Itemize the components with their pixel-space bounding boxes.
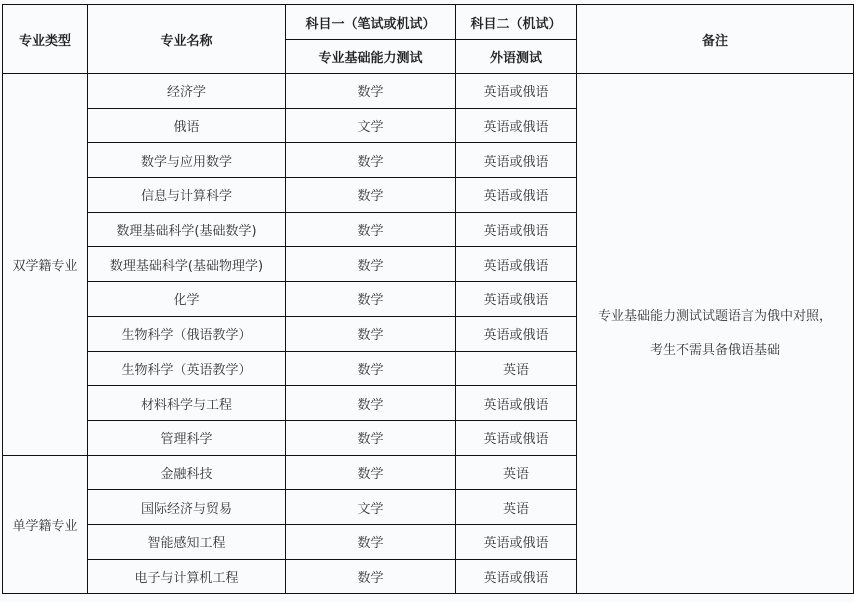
header-subject1-sub: 专业基础能力测试: [286, 40, 456, 74]
major-type-cell: 单学籍专业: [3, 455, 88, 594]
subject1-cell: 数学: [286, 420, 456, 455]
subject1-cell: 数学: [286, 74, 456, 109]
subject1-cell: 数学: [286, 247, 456, 282]
subject1-cell: 数学: [286, 316, 456, 351]
major-name-cell: 化学: [88, 282, 286, 317]
subject2-cell: 英语或俄语: [456, 420, 577, 455]
major-name-cell: 信息与计算科学: [88, 178, 286, 213]
remark-line: 考生不需具备俄语基础: [577, 334, 853, 368]
major-name-cell: 经济学: [88, 74, 286, 109]
subject2-cell: 英语或俄语: [456, 178, 577, 213]
header-subject1: 科目一（笔试或机试）: [286, 5, 456, 40]
subject1-cell: 数学: [286, 524, 456, 559]
major-name-cell: 材料科学与工程: [88, 386, 286, 421]
subject2-cell: 英语或俄语: [456, 524, 577, 559]
header-major-name: 专业名称: [88, 5, 286, 74]
subject2-cell: 英语或俄语: [456, 316, 577, 351]
subject1-cell: 数学: [286, 143, 456, 178]
major-name-cell: 数理基础科学(基础数学): [88, 212, 286, 247]
major-name-cell: 智能感知工程: [88, 524, 286, 559]
subject1-cell: 数学: [286, 212, 456, 247]
subject1-cell: 数学: [286, 282, 456, 317]
subject2-cell: 英语或俄语: [456, 212, 577, 247]
subject2-cell: 英语: [456, 455, 577, 490]
header-remark: 备注: [577, 5, 854, 74]
subject1-cell: 数学: [286, 386, 456, 421]
major-name-cell: 数学与应用数学: [88, 143, 286, 178]
subject1-cell: 数学: [286, 559, 456, 594]
subject2-cell: 英语或俄语: [456, 74, 577, 109]
subject2-cell: 英语: [456, 351, 577, 386]
header-subject2: 科目二（机试）: [456, 5, 577, 40]
remark-cell: 专业基础能力测试试题语言为俄中对照，考生不需具备俄语基础: [577, 74, 854, 594]
major-name-cell: 国际经济与贸易: [88, 490, 286, 525]
subject2-cell: 英语或俄语: [456, 386, 577, 421]
subject2-cell: 英语或俄语: [456, 247, 577, 282]
table-row: 双学籍专业经济学数学英语或俄语专业基础能力测试试题语言为俄中对照，考生不需具备俄…: [3, 74, 854, 109]
header-subject2-sub: 外语测试: [456, 40, 577, 74]
subject1-cell: 数学: [286, 351, 456, 386]
subject2-cell: 英语或俄语: [456, 559, 577, 594]
major-name-cell: 生物科学（英语教学）: [88, 351, 286, 386]
major-name-cell: 电子与计算机工程: [88, 559, 286, 594]
major-name-cell: 数理基础科学(基础物理学): [88, 247, 286, 282]
remark-line: 专业基础能力测试试题语言为俄中对照，: [577, 300, 853, 334]
subject1-cell: 数学: [286, 455, 456, 490]
major-name-cell: 俄语: [88, 108, 286, 143]
subject1-cell: 文学: [286, 490, 456, 525]
major-name-cell: 金融科技: [88, 455, 286, 490]
exam-subjects-table: 专业类型 专业名称 科目一（笔试或机试） 科目二（机试） 备注 专业基础能力测试…: [2, 4, 854, 594]
subject1-cell: 数学: [286, 178, 456, 213]
subject2-cell: 英语: [456, 490, 577, 525]
subject2-cell: 英语或俄语: [456, 143, 577, 178]
major-name-cell: 管理科学: [88, 420, 286, 455]
subject2-cell: 英语或俄语: [456, 108, 577, 143]
header-major-type: 专业类型: [3, 5, 88, 74]
major-type-cell: 双学籍专业: [3, 74, 88, 456]
major-name-cell: 生物科学（俄语教学）: [88, 316, 286, 351]
subject1-cell: 文学: [286, 108, 456, 143]
subject2-cell: 英语或俄语: [456, 282, 577, 317]
